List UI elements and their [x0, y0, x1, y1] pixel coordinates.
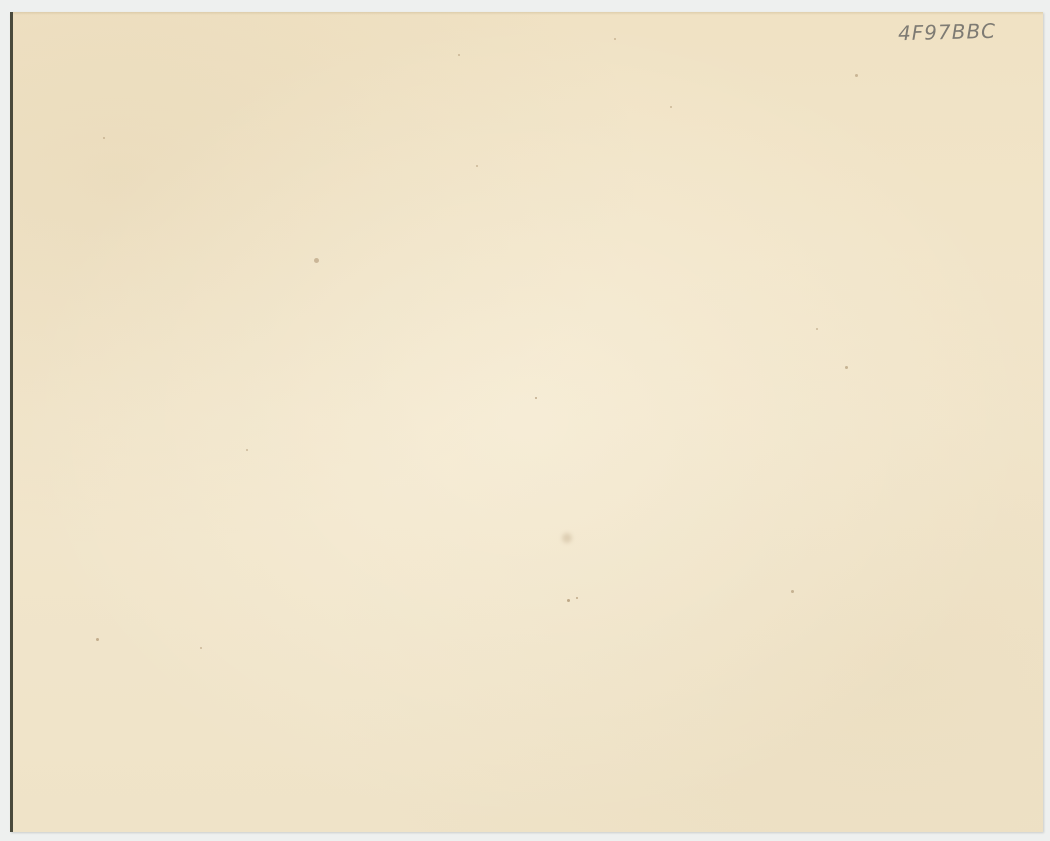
foxing-spot — [103, 137, 105, 139]
foxing-spot — [670, 106, 672, 108]
foxing-spot — [314, 258, 319, 263]
scanned-page: 4F97BBC — [0, 0, 1050, 841]
foxing-spot — [791, 590, 794, 593]
foxing-spot — [458, 54, 460, 56]
foxing-spot — [562, 533, 572, 543]
foxing-spot — [855, 74, 858, 77]
foxing-spot — [845, 366, 848, 369]
foxing-spot — [614, 38, 616, 40]
paper-sheet: 4F97BBC — [10, 12, 1043, 832]
paper-top-edge — [13, 12, 1043, 15]
foxing-spot — [535, 397, 537, 399]
foxing-spot — [246, 449, 248, 451]
foxing-spot — [567, 599, 570, 602]
foxing-spot — [816, 328, 818, 330]
handwritten-catalog-note: 4F97BBC — [898, 19, 997, 46]
foxing-spot — [576, 597, 578, 599]
foxing-spot — [200, 647, 202, 649]
foxing-spot — [476, 165, 478, 167]
foxing-spot — [96, 638, 99, 641]
